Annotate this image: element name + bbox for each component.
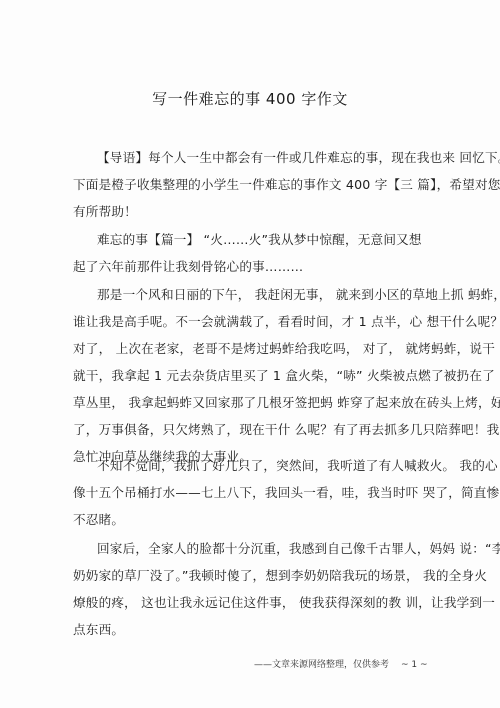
paragraph-line-p2-3: 对了， 上次在老家，老哥不是烤过蚂蚱给我吃吗， 对了， 就烤蚂蚱，说干 <box>73 341 495 357</box>
document-title: 写一件难忘的事 400 字作文 <box>0 89 500 109</box>
paragraph-line-p2-6: 了，万事俱备，只欠烤熟了，现在干什 么呢？有了再去抓多几只陪葬吧！我 <box>73 422 499 438</box>
paragraph-line-p4-3: 燎般的疼， 这也让我永远记住这件事， 使我获得深刻的教 训，让我学到一 <box>73 595 495 611</box>
page-footer: ——文章来源网络整理，仅供参考~ 1 ~ <box>254 659 428 671</box>
page-number: ~ 1 ~ <box>401 660 428 670</box>
source-note: ——文章来源网络整理，仅供参考 <box>254 660 389 670</box>
paragraph-line-p2-5: 草丛里， 我拿起蚂蚱又回家那了几根牙签把蚂 蚱穿了起来放在砖头上烤，好 <box>73 395 500 411</box>
paragraph-line-p4-1: 回家后，全家人的脸都十分沉重，我感到自己像千古罪人，妈妈 说：“李 <box>97 541 500 557</box>
paragraph-line-p3-2: 像十五个吊桶打水——七上八下，我回头一看，哇，我当时吓 哭了，简直惨 <box>73 485 499 501</box>
paragraph-line-p2-4: 就干，我拿起 1 元去杂货店里买了 1 盒火柴，“哧” 火柴被点燃了被扔在了 <box>73 368 495 384</box>
paragraph-line-intro-2: 下面是橙子收集整理的小学生一件难忘的事作文 400 字【三 篇】，希望对您 <box>73 177 500 193</box>
document-page: 写一件难忘的事 400 字作文 【导语】每个人一生中都会有一件或几件难忘的事，现… <box>0 0 500 708</box>
paragraph-line-p3-3: 不忍睹。 <box>73 512 124 528</box>
paragraph-line-intro-1: 【导语】每个人一生中都会有一件或几件难忘的事，现在我也来 回忆下。 <box>97 150 500 166</box>
paragraph-line-p4-4: 点东西。 <box>73 622 124 638</box>
paragraph-line-p4-2: 奶奶家的草厂没了。”我顿时傻了，想到李奶奶陪我玩的场景， 我的全身火 <box>73 568 487 584</box>
paragraph-line-chapter-heading: 难忘的事【篇一】 “火……火”我从梦中惊醒，无意间又想 <box>97 232 422 248</box>
paragraph-line-p2-2: 谁让我是高手呢。不一会就满载了，看看时间，才 1 点半，心 想干什么呢？ <box>73 314 500 330</box>
paragraph-line-p2-1: 那是一个风和日丽的下午， 我赶闲无事， 就来到小区的草地上抓 蚂蚱， <box>97 287 500 303</box>
paragraph-line-chapter-2: 起了六年前那件让我刻骨铭心的事……… <box>73 259 303 275</box>
paragraph-line-intro-3: 有所帮助！ <box>73 204 137 220</box>
paragraph-line-p3-1: 不知不觉间，我抓了好几只了，突然间，我听道了有人喊救火。 我的心 <box>97 458 498 474</box>
